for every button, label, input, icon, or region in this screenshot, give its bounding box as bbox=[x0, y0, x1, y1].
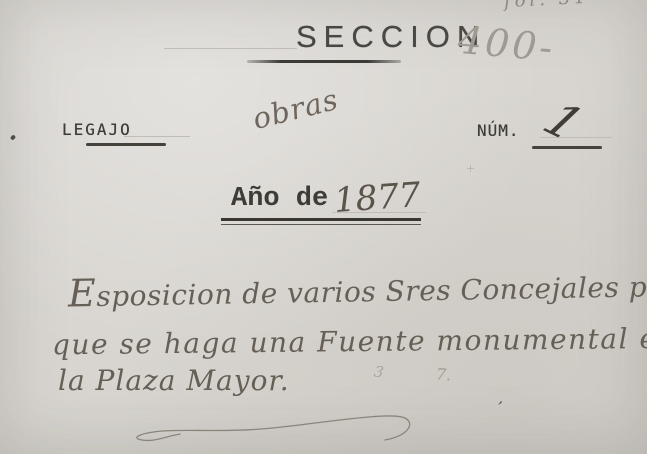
flourish-swash-icon bbox=[122, 407, 422, 452]
legajo-fill-rule bbox=[124, 136, 190, 137]
year-fill-rule bbox=[332, 212, 426, 213]
tiny-hash-mark: + bbox=[466, 162, 475, 175]
pencil-mark-3: 3 bbox=[373, 362, 385, 381]
num-underline bbox=[532, 146, 602, 149]
body-line-3: la Plaza Mayor. bbox=[58, 364, 290, 397]
year-label: Año de bbox=[231, 184, 328, 214]
body-line-1: Esposicion de varios Sres Concejales par… bbox=[68, 261, 647, 316]
paper-speck bbox=[10, 134, 16, 140]
section-underline bbox=[247, 60, 401, 63]
top-corner-note: fol. 31 bbox=[504, 0, 591, 12]
section-fill-rule bbox=[164, 48, 297, 49]
year-value-handwritten: 1877 bbox=[333, 175, 422, 221]
legajo-underline bbox=[86, 143, 166, 146]
num-value-handwritten: 1 bbox=[533, 92, 594, 151]
legajo-label: LEGAJO bbox=[62, 120, 132, 139]
pencil-mark-7: 7. bbox=[435, 364, 452, 384]
legajo-value-handwritten: obras bbox=[249, 82, 342, 136]
year-double-underline bbox=[221, 218, 421, 225]
num-label: NÚM. bbox=[477, 121, 520, 140]
small-ink-tick: ’ bbox=[495, 398, 503, 417]
archive-cover-page: fol. 31 SECCION 400- LEGAJO obras NÚM. 1… bbox=[0, 0, 647, 454]
section-number-handwritten: 400- bbox=[456, 18, 557, 70]
body-line-2: que se haga una Fuente monumental en bbox=[52, 322, 647, 362]
